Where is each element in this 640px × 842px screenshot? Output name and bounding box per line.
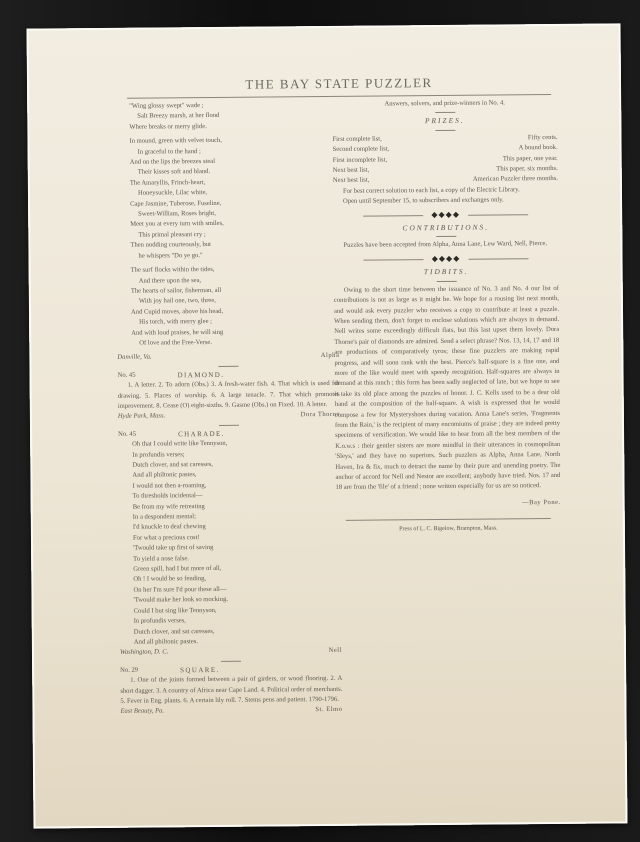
masthead-title: THE BAY STATE PUZZLER — [127, 74, 551, 94]
prize-label: Next best list, — [333, 166, 370, 177]
divider — [219, 425, 239, 426]
ornament-divider: ◆◆◆◆ — [333, 209, 558, 221]
puzzle-number: No. 29 — [120, 665, 180, 676]
divider — [436, 281, 456, 282]
prize-value: A bound book. — [519, 143, 558, 154]
left-column: "Wing glossy swept" wade ;Salt Breezy ma… — [115, 100, 342, 718]
poem-stanza: "Wing glossy swept" wade ;Salt Breezy ma… — [115, 100, 337, 133]
prize-value: This paper, one year. — [503, 154, 558, 165]
prize-list: First complete list,Fifty cents.Second c… — [332, 133, 557, 187]
prize-label: First complete list, — [332, 134, 381, 145]
puzzle-author: St. Elmo — [315, 705, 342, 716]
newspaper-page: THE BAY STATE PUZZLER "Wing glossy swept… — [27, 23, 628, 828]
puzzle-place: East Beauty, Pa. — [120, 707, 164, 718]
prize-label: Second complete list, — [333, 145, 390, 156]
poem-line: Of love and the Free-Verse. — [117, 337, 339, 349]
poem-place: Danville, Va. — [117, 353, 151, 364]
puzzle-number: No. 45 — [118, 429, 178, 440]
poem-line: Where breaks or merry glide. — [115, 121, 337, 133]
tidbits-body: Owing to the short time between the issu… — [334, 284, 561, 494]
answers-intro: Answers, solvers, and prize-winners in N… — [332, 98, 557, 110]
puzzle-diamond: No. 45 DIAMOND. 1. A letter. 2. To adorn… — [118, 369, 340, 423]
right-column: Answers, solvers, and prize-winners in N… — [332, 98, 561, 536]
puzzle-square: No. 29 SQUARE. 1. One of the joints form… — [120, 664, 342, 718]
puzzle-place: Washington, D. C. — [120, 648, 168, 659]
prize-value: American Puzzler three months. — [473, 174, 558, 185]
puzzle-number: No. 45 — [118, 370, 178, 381]
ornament-divider: ◆◆◆◆ — [334, 253, 559, 265]
puzzle-body: 1. One of the joints formed between a pa… — [120, 674, 342, 707]
prize-value: This paper, six months. — [496, 164, 558, 175]
prize-value: Fifty cents. — [528, 133, 558, 144]
tidbits-heading: TIDBITS. — [334, 266, 559, 278]
poem: "Wing glossy swept" wade ;Salt Breezy ma… — [115, 100, 339, 349]
divider — [221, 660, 241, 661]
editor-signoff: —Bay Pone. — [336, 498, 561, 510]
prize-deadline: Open until September 15, to subscribers … — [333, 195, 558, 207]
prize-label: Next best list, — [333, 176, 370, 187]
puzzle-title: CHARADE. — [178, 429, 225, 440]
puzzle-title: DIAMOND. — [178, 370, 225, 381]
contributions-body: Puzzles have been accepted from Alpha, A… — [333, 239, 558, 251]
divider — [435, 112, 455, 113]
charade-verse: Oh that I could write like Tennyson,In p… — [118, 438, 342, 648]
divider — [435, 130, 455, 131]
poem-stanza: In mound, green with velvet touch,In gra… — [115, 135, 338, 262]
puzzle-author: Nell — [329, 646, 342, 657]
poem-line: he whispers "Do ye go." — [116, 250, 338, 262]
contributions-heading: CONTRIBUTIONS. — [333, 222, 558, 234]
printer-imprint: Press of L. C. Bigelow, Brampton, Mass. — [336, 523, 561, 535]
puzzle-place: Hyde Park, Mass. — [118, 412, 165, 423]
divider — [436, 236, 456, 237]
divider — [218, 366, 238, 367]
poem-stanza: The surf flocks within the tides,And the… — [117, 264, 340, 349]
puzzle-body: 1. A letter. 2. To adorn (Obs.) 3. A fre… — [118, 379, 340, 412]
puzzle-title: SQUARE. — [180, 665, 220, 676]
poem-signature: Danville, Va. Alpha — [117, 351, 339, 363]
prizes-heading: PRIZES. — [332, 115, 557, 127]
puzzle-charade: No. 45 CHARADE. Oh that I could write li… — [118, 428, 342, 659]
imprint-rule — [346, 518, 551, 521]
prize-label: First incomplete list, — [333, 155, 387, 166]
